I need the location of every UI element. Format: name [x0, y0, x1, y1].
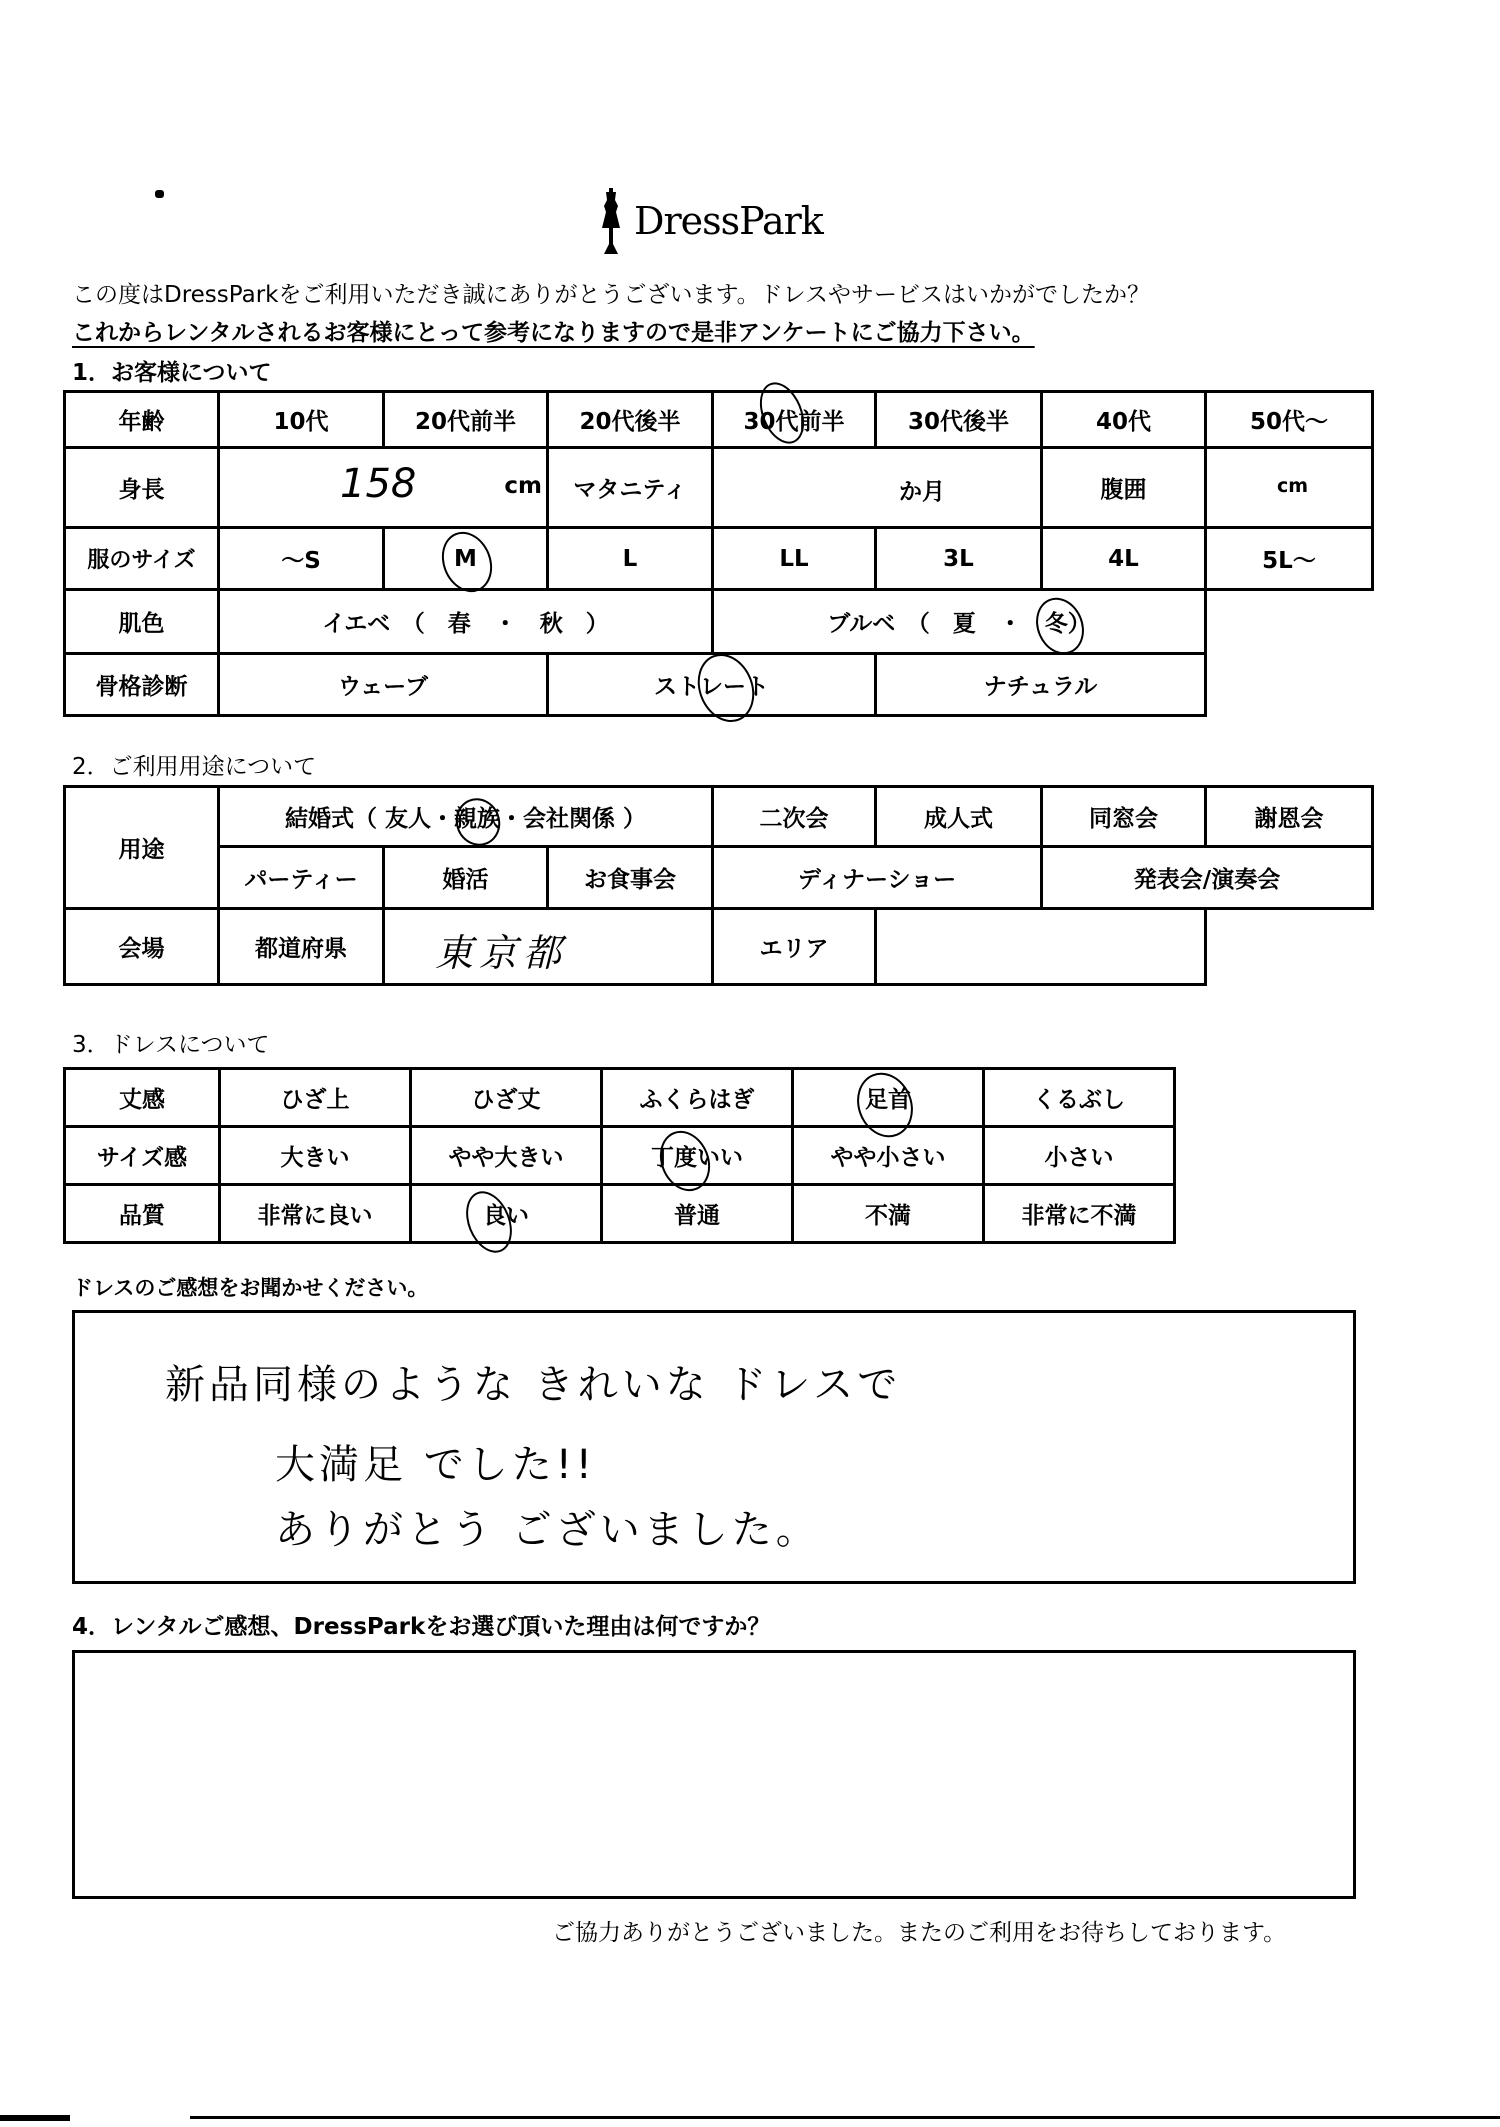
- usage-row-2: パーティー 婚活 お食事会 ディナーショー 発表会/演奏会: [65, 847, 1373, 909]
- frame-option-selected[interactable]: ストレート: [548, 654, 876, 716]
- impressions-label: ドレスのご感想をお聞かせください。: [72, 1272, 428, 1302]
- maternity-label: マタニティ: [548, 448, 713, 528]
- intro-text: この度はDressParkをご利用いただき誠にありがとうございます。ドレスやサー…: [72, 276, 1150, 309]
- area-field[interactable]: [876, 909, 1206, 985]
- months-unit: か月: [899, 473, 945, 506]
- quality-option-selected[interactable]: 良い: [411, 1185, 602, 1243]
- prefecture-field[interactable]: 東京都: [384, 909, 713, 985]
- waist-label: 腹囲: [1042, 448, 1206, 528]
- fit-option[interactable]: やや大きい: [411, 1127, 602, 1185]
- fit-option[interactable]: やや小さい: [793, 1127, 984, 1185]
- usage-option[interactable]: 成人式: [876, 787, 1042, 847]
- skin-blue-winter[interactable]: 冬: [1045, 611, 1068, 637]
- size-option-label: M: [454, 546, 477, 572]
- size-row: 服のサイズ ～S M L LL 3L 4L 5L～: [65, 528, 1373, 590]
- empty-cell: [1206, 654, 1373, 716]
- venue-label: 会場: [65, 909, 219, 985]
- usage-table: 用途 結婚式（ 友人・親族・会社関係 ） 二次会 成人式 同窓会 謝恩会 パーテ…: [63, 785, 1374, 986]
- size-option-selected[interactable]: M: [384, 528, 548, 590]
- size-label: 服のサイズ: [65, 528, 219, 590]
- scan-speck: [155, 190, 164, 198]
- section4-heading: 4．レンタルご感想、DressParkをお選び頂いた理由は何ですか？: [72, 1608, 770, 1641]
- quality-option[interactable]: 不満: [793, 1185, 984, 1243]
- brand-name: DressPark: [634, 199, 823, 243]
- age-option[interactable]: 20代後半: [548, 392, 713, 448]
- height-field[interactable]: 158 cm: [219, 448, 548, 528]
- usage-option[interactable]: お食事会: [548, 847, 713, 909]
- length-option[interactable]: ひざ上: [220, 1069, 411, 1127]
- skin-blue-suffix: ）: [1068, 611, 1091, 637]
- empty-cell: [1206, 909, 1373, 985]
- usage-option[interactable]: 発表会/演奏会: [1042, 847, 1373, 909]
- age-option[interactable]: 30代後半: [876, 392, 1042, 448]
- usage-option[interactable]: 二次会: [713, 787, 876, 847]
- reason-textbox[interactable]: [72, 1650, 1356, 1899]
- size-option[interactable]: L: [548, 528, 713, 590]
- quality-option-label: 良い: [483, 1203, 529, 1229]
- dress-table: 丈感 ひざ上 ひざ丈 ふくらはぎ 足首 くるぶし サイズ感 大きい やや大きい …: [63, 1067, 1176, 1244]
- frame-option[interactable]: ウェーブ: [219, 654, 548, 716]
- height-row: 身長 158 cm マタニティ か月 腹囲 cm: [65, 448, 1373, 528]
- age-option-selected[interactable]: 30代前半: [713, 392, 876, 448]
- frame-row: 骨格診断 ウェーブ ストレート ナチュラル: [65, 654, 1373, 716]
- age-option-label: 30代前半: [743, 409, 844, 435]
- fit-row: サイズ感 大きい やや大きい 丁度いい やや小さい 小さい: [65, 1127, 1175, 1185]
- section3-heading: 3．ドレスについて: [72, 1026, 269, 1059]
- impressions-line: 新品同様のような きれいな ドレスで: [165, 1353, 901, 1410]
- section1-heading: 1．お客様について: [72, 354, 272, 387]
- quality-option[interactable]: 普通: [602, 1185, 793, 1243]
- impressions-textbox[interactable]: 新品同様のような きれいな ドレスで 大満足 でした!! ありがとう ございまし…: [72, 1310, 1356, 1584]
- length-option[interactable]: ひざ丈: [411, 1069, 602, 1127]
- age-option[interactable]: 20代前半: [384, 392, 548, 448]
- size-option[interactable]: 3L: [876, 528, 1042, 590]
- venue-row: 会場 都道府県 東京都 エリア: [65, 909, 1373, 985]
- footer-thanks: ご協力ありがとうございました。またのご利用をお待ちしております。: [552, 1914, 1286, 1947]
- customer-info-table: 年齢 10代 20代前半 20代後半 30代前半 30代後半 40代 50代～ …: [63, 390, 1374, 717]
- fit-option[interactable]: 大きい: [220, 1127, 411, 1185]
- maternity-months-field[interactable]: か月: [713, 448, 1042, 528]
- height-value: 158: [340, 461, 416, 507]
- length-option-selected[interactable]: 足首: [793, 1069, 984, 1127]
- length-label: 丈感: [65, 1069, 220, 1127]
- size-option[interactable]: LL: [713, 528, 876, 590]
- frame-option[interactable]: ナチュラル: [876, 654, 1206, 716]
- area-label: エリア: [713, 909, 876, 985]
- dress-form-icon: [598, 188, 624, 254]
- length-option[interactable]: くるぶし: [984, 1069, 1175, 1127]
- impressions-line: ありがとう ございました。: [275, 1498, 820, 1555]
- usage-label: 用途: [65, 787, 219, 909]
- usage-option[interactable]: ディナーショー: [713, 847, 1042, 909]
- wedding-suffix: ・会社関係 ）: [500, 806, 646, 832]
- brand-logo: DressPark: [598, 188, 823, 254]
- age-label: 年齢: [65, 392, 219, 448]
- skin-blue-prefix: ブルベ （ 夏 ・: [827, 611, 1045, 637]
- skin-label: 肌色: [65, 590, 219, 654]
- fit-option[interactable]: 小さい: [984, 1127, 1175, 1185]
- section2-heading: 2．ご利用用途について: [72, 748, 316, 781]
- relatives-label: 親族: [454, 806, 500, 832]
- scan-artifact: [190, 2116, 1500, 2119]
- size-option[interactable]: ～S: [219, 528, 384, 590]
- fit-option-selected[interactable]: 丁度いい: [602, 1127, 793, 1185]
- frame-option-label: ストレート: [654, 674, 769, 700]
- wedding-relatives[interactable]: 親族: [454, 806, 500, 832]
- frame-label: 骨格診断: [65, 654, 219, 716]
- age-option[interactable]: 10代: [219, 392, 384, 448]
- age-option[interactable]: 40代: [1042, 392, 1206, 448]
- size-option[interactable]: 5L～: [1206, 528, 1373, 590]
- wedding-option[interactable]: 結婚式（ 友人・親族・会社関係 ）: [219, 787, 713, 847]
- length-option[interactable]: ふくらはぎ: [602, 1069, 793, 1127]
- waist-unit: cm: [1277, 475, 1308, 497]
- age-option[interactable]: 50代～: [1206, 392, 1373, 448]
- wedding-prefix: 結婚式（ 友人・: [285, 806, 454, 832]
- height-unit: cm: [504, 473, 542, 499]
- skin-blue-option[interactable]: ブルベ （ 夏 ・ 冬）: [713, 590, 1206, 654]
- quality-label: 品質: [65, 1185, 220, 1243]
- length-row: 丈感 ひざ上 ひざ丈 ふくらはぎ 足首 くるぶし: [65, 1069, 1175, 1127]
- quality-option[interactable]: 非常に良い: [220, 1185, 411, 1243]
- prefecture-label: 都道府県: [219, 909, 384, 985]
- usage-option[interactable]: 同窓会: [1042, 787, 1206, 847]
- usage-row-1: 用途 結婚式（ 友人・親族・会社関係 ） 二次会 成人式 同窓会 謝恩会: [65, 787, 1373, 847]
- winter-label: 冬: [1045, 611, 1068, 637]
- usage-option[interactable]: 婚活: [384, 847, 548, 909]
- impressions-line: 大満足 でした!!: [275, 1433, 596, 1490]
- fit-option-label: 丁度いい: [651, 1145, 743, 1171]
- usage-option[interactable]: パーティー: [219, 847, 384, 909]
- skin-yellow-option[interactable]: イエベ （ 春 ・ 秋 ）: [219, 590, 713, 654]
- size-option[interactable]: 4L: [1042, 528, 1206, 590]
- length-option-label: 足首: [865, 1087, 911, 1113]
- empty-cell: [1206, 590, 1373, 654]
- usage-option[interactable]: 謝恩会: [1206, 787, 1373, 847]
- quality-row: 品質 非常に良い 良い 普通 不満 非常に不満: [65, 1185, 1175, 1243]
- age-row: 年齢 10代 20代前半 20代後半 30代前半 30代後半 40代 50代～: [65, 392, 1373, 448]
- height-label: 身長: [65, 448, 219, 528]
- fit-label: サイズ感: [65, 1127, 220, 1185]
- waist-field[interactable]: cm: [1206, 448, 1373, 528]
- intro-request: これからレンタルされるお客様にとって参考になりますので是非アンケートにご協力下さ…: [72, 314, 1035, 347]
- quality-option[interactable]: 非常に不満: [984, 1185, 1175, 1243]
- skin-row: 肌色 イエベ （ 春 ・ 秋 ） ブルベ （ 夏 ・ 冬）: [65, 590, 1373, 654]
- prefecture-value: 東京都: [435, 922, 567, 977]
- scan-artifact: [0, 2115, 70, 2121]
